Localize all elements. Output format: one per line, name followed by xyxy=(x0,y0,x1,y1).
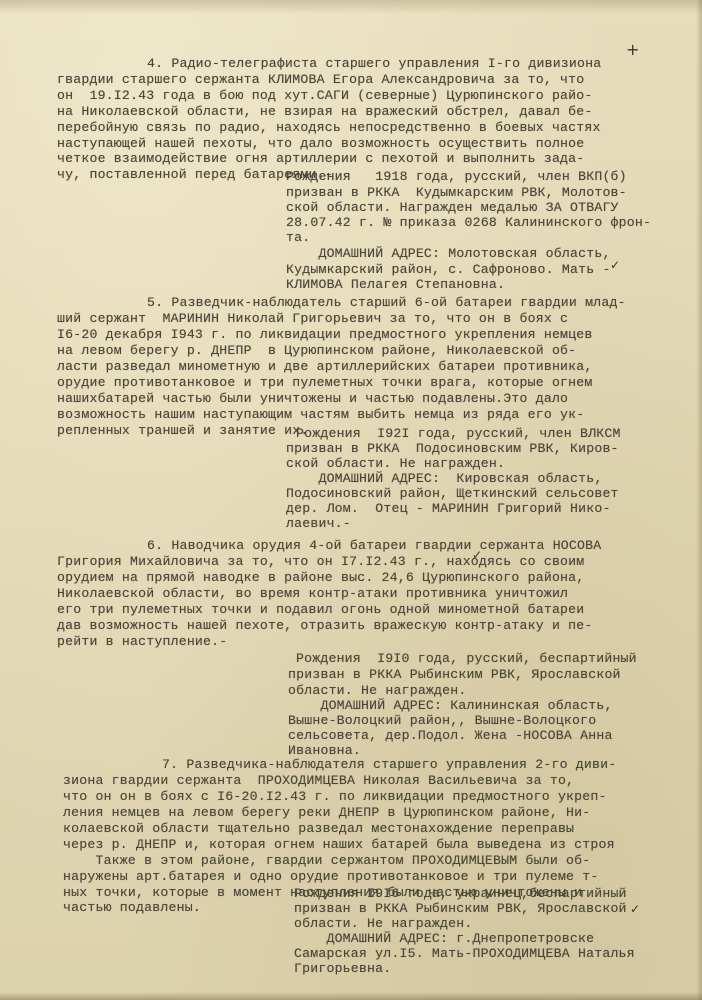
entry-7-line: частью подавлены. xyxy=(63,900,201,916)
entry-5-address: дер. Лом. Отец - МАРИНИН Григорий Нико- xyxy=(286,501,611,517)
entry-6-line: дав возможность нашей пехоте, отразить в… xyxy=(57,618,593,634)
entry-4-line: он 19.I2.43 года в бою под хут.САГИ (сев… xyxy=(57,88,593,104)
entry-4-address: ДОМАШНИЙ АДРЕС: Молотовская область, xyxy=(286,246,611,262)
entry-5-line: на левом берегу р. ДНЕПР в Цурюпинском р… xyxy=(57,343,576,359)
margin-tick-mark-icon: ✓ xyxy=(610,258,620,272)
entry-7-line: 7. Разведчика-наблюдателя старшего управ… xyxy=(162,757,616,773)
entry-6-line: его три пулеметных точки и подавил огонь… xyxy=(57,602,584,618)
paper-bottom-edge xyxy=(0,992,702,1000)
entry-7-line: через р. ДНЕПР и, которая огнем наших ба… xyxy=(63,837,615,853)
entry-5-address: ДОМАШНИЙ АДРЕС: Кировская область, xyxy=(286,471,602,487)
entry-7-bio: Рождения I9I6 года, украинец,беспартийны… xyxy=(294,886,627,902)
entry-4-line: перебойную связь по радио, находясь непо… xyxy=(57,120,601,136)
entry-4-address: Кудымкарский район, с. Сафроново. Мать - xyxy=(286,262,611,278)
entry-7-line: Также в этом районе, гвардии сержантом П… xyxy=(63,853,590,869)
entry-5-address: Подосиновский район, Щеткинский сельсове… xyxy=(286,486,619,502)
entry-4-line: на Николаевской области, не взирая на вр… xyxy=(57,104,593,120)
entry-5-bio: Рождения I92I года, русский, член ВЛКСМ xyxy=(296,426,621,442)
entry-7-bio: области. Не награжден. xyxy=(294,916,473,932)
entry-5-line: репленных траншей и занятие их. xyxy=(57,423,309,439)
entry-7-line: ления немцев на левом берегу реки ДНЕПР … xyxy=(63,805,590,821)
entry-7-line: зиона гвардии сержанта ПРОХОДИМЦЕВА Нико… xyxy=(63,773,574,789)
entry-5-line: ший сержант МАРИНИН Николай Григорьевич … xyxy=(57,311,568,327)
entry-6-address: ДОМАШНИЙ АДРЕС: Калининская область, xyxy=(288,698,613,714)
entry-5-bio: призван в РККА Подосиновским РВК, Киров- xyxy=(286,441,619,457)
entry-4-line: четкое взаимодействие огня артиллерии с … xyxy=(57,151,584,167)
entry-7-address: Григорьевна. xyxy=(294,961,391,977)
entry-5-line: ласти разведал минометную и две артиллер… xyxy=(57,359,593,375)
entry-4-line: 4. Радио-телеграфиста старшего управлени… xyxy=(147,56,601,72)
entry-4-bio: Рождения 1918 года, русский, член ВКП(б) xyxy=(286,169,627,185)
entry-7-bio: призван в РККА Рыбинским РВК, Ярославско… xyxy=(294,901,627,917)
paper-edge-shadow xyxy=(696,0,702,1000)
entry-6-line: рейти в наступление.- xyxy=(57,634,227,650)
entry-4-line: гвардии старшего сержанта КЛИМОВА Егора … xyxy=(57,72,584,88)
entry-6-address: Вышне-Волоцкий район,, Вышне-Волоцкого xyxy=(288,713,596,729)
entry-5-bio: ской области. Не награжден. xyxy=(286,456,505,472)
entry-7-line: что он он в боях с I6-20.I2.43 г. по лик… xyxy=(63,789,607,805)
entry-4-bio: ской области. Награжден медалью ЗА ОТВАГ… xyxy=(286,200,619,216)
entry-6-line: Николаевской области, во время контр-ата… xyxy=(57,586,568,602)
entry-7-address: Самарская ул.I5. Мать-ПРОХОДИМЦЕВА Натал… xyxy=(294,946,635,962)
entry-5-line: I6-20 декабря I943 г. по ликвидации пред… xyxy=(57,327,593,343)
entry-6-line: Григория Михайловича за то, что он I7.I2… xyxy=(57,554,584,570)
margin-check-mark-icon: + xyxy=(626,40,639,59)
entry-4-line: наступающей нашей пехоты, что дало возмо… xyxy=(57,136,584,152)
entry-5-line: возможность нашим наступающим частям выб… xyxy=(57,407,584,423)
entry-6-address: сельсовета, дер.Подол. Жена -НОСОВА Анна xyxy=(288,728,613,744)
entry-5-line: 5. Разведчик-наблюдатель старший 6-ой ба… xyxy=(147,295,626,311)
entry-4-bio: 28.07.42 г. № приказа 0268 Калининского … xyxy=(286,215,651,231)
paper-fold-shadow xyxy=(0,0,702,14)
entry-4-bio: призван в РККА Кудымкарским РВК, Молотов… xyxy=(286,185,627,201)
entry-4-address: КЛИМОВА Пелагея Степановна. xyxy=(286,277,505,293)
scanned-document-page: + ✓ ✓ ✓ 4. Радио-телеграфиста старшего у… xyxy=(0,0,702,1000)
entry-6-line: орудием на прямой наводке в районе выс. … xyxy=(57,570,584,586)
margin-tick-mark-icon: ✓ xyxy=(630,902,640,916)
entry-5-line: орудие противотанковое и три пулеметных … xyxy=(57,375,593,391)
entry-7-line: колаевской области тщательно разведал ме… xyxy=(63,821,574,837)
entry-6-bio: области. Не награжден. xyxy=(288,683,467,699)
entry-7-address: ДОМАШНИЙ АДРЕС: г.Днепропетровске xyxy=(294,931,594,947)
entry-6-bio: призван в РККА Рыбинским РВК, Ярославско… xyxy=(288,667,621,683)
entry-6-bio: Рождения I9I0 года, русский, беспартийны… xyxy=(296,651,637,667)
entry-5-line: нашихбатарей частью были уничтожены и ча… xyxy=(57,391,568,407)
entry-7-line: наружены арт.батарея и одно орудие проти… xyxy=(63,869,599,885)
entry-4-bio: та. xyxy=(286,230,310,246)
entry-6-line: 6. Наводчика орудия 4-ой батареи гвардии… xyxy=(147,538,601,554)
entry-5-address: лаевич.- xyxy=(286,516,351,532)
